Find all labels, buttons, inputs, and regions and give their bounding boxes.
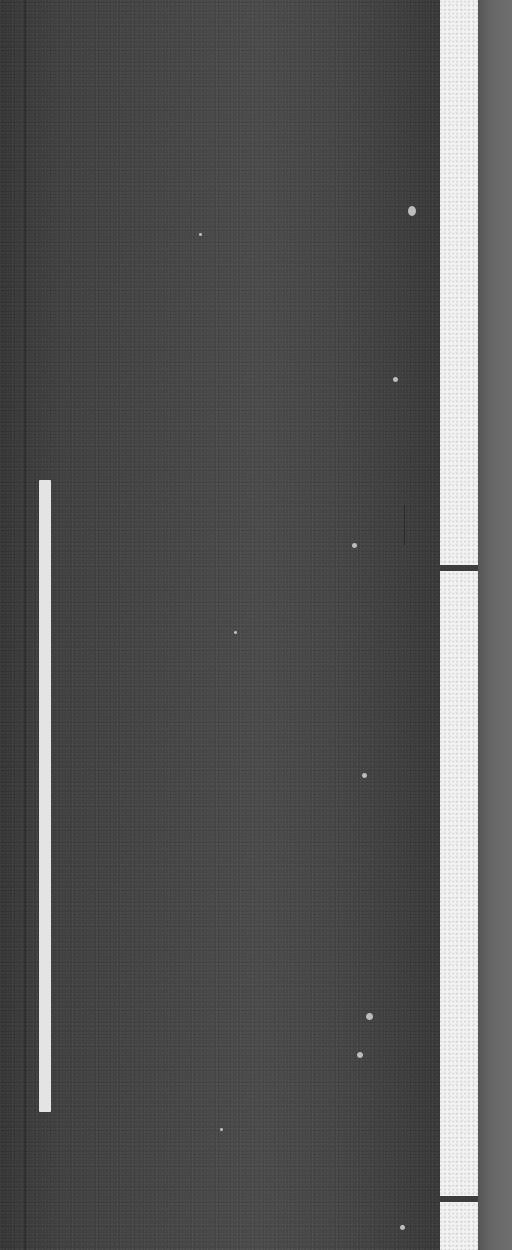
pavement-seam [24,0,26,1250]
debris-spot [220,1128,223,1131]
debris-spot [199,233,202,236]
pavement-crack [404,505,405,545]
edge-line-joint [440,1196,478,1202]
debris-spot [357,1052,363,1058]
road-shoulder [478,0,512,1250]
edge-line-texture [440,0,478,1250]
debris-spot [362,773,367,778]
lane-dash-marking [39,480,51,1112]
edge-line-joint [440,565,478,571]
debris-spot [352,543,357,548]
debris-spot [366,1013,373,1020]
debris-spot [234,631,237,634]
debris-spot [393,377,398,382]
debris-spot [400,1225,405,1230]
debris-spot [408,206,416,216]
road-scene [0,0,512,1250]
asphalt-texture [0,0,440,1250]
